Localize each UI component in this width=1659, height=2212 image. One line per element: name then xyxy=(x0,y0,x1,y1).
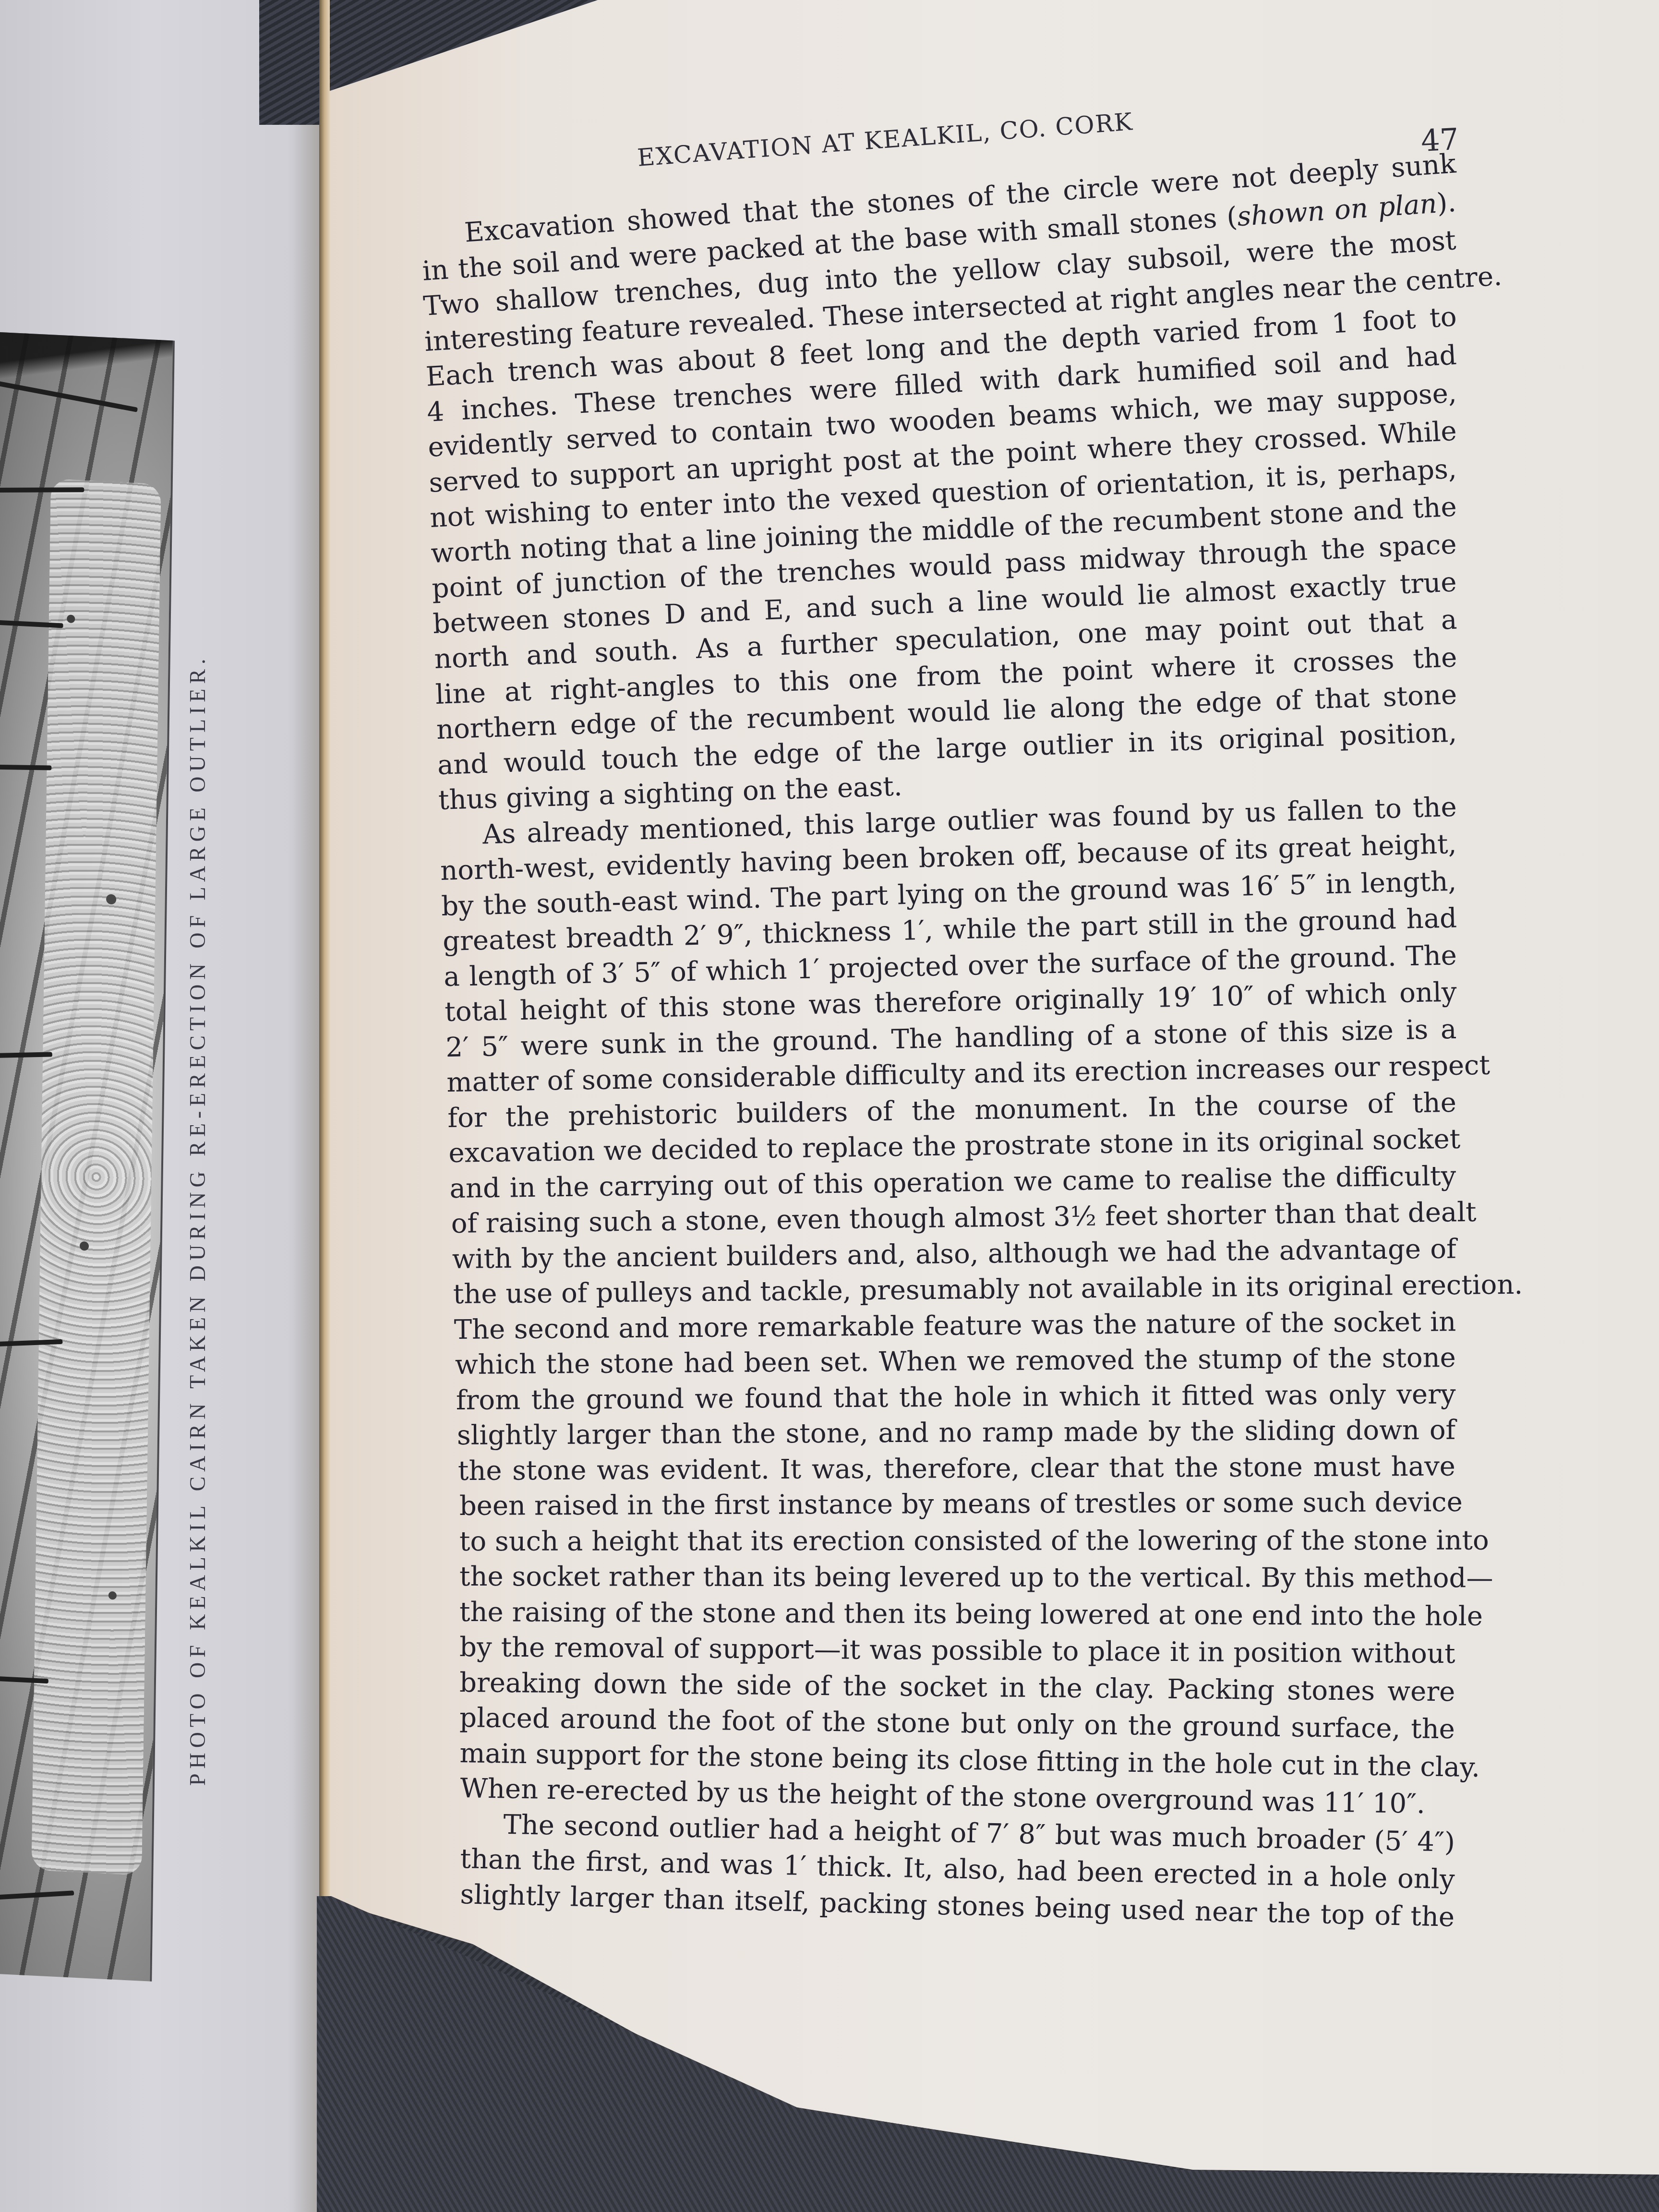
text-line: of raising such a stone, even though alm… xyxy=(451,1199,1456,1238)
text-line: been raised in the first instance by mea… xyxy=(459,1489,1455,1520)
italic-reference: shown on plan xyxy=(1236,188,1438,232)
body-text: Excavation showed that the stones of the… xyxy=(0,0,1659,2212)
text-line: to such a height that its erection consi… xyxy=(459,1527,1455,1555)
text-line: main support for the stone being its clo… xyxy=(459,1740,1455,1781)
text-line: breaking down the side of the socket in … xyxy=(459,1670,1455,1706)
text-line: and in the carrying out of this operatio… xyxy=(450,1163,1456,1202)
text-line: excavation we decided to replace the pro… xyxy=(449,1126,1457,1167)
text-line: from the ground we found that the hole i… xyxy=(456,1381,1456,1414)
text-line: placed around the foot of the stone but … xyxy=(459,1705,1455,1743)
text-line: slightly larger than the stone, and no r… xyxy=(457,1417,1456,1449)
text-line: The second and more remarkable feature w… xyxy=(454,1309,1456,1344)
text-line: the socket rather than its being levered… xyxy=(459,1563,1455,1592)
text-line: with by the ancient builders and, also, … xyxy=(452,1236,1456,1273)
text-line: by the removal of support—it was possibl… xyxy=(459,1634,1455,1668)
text-line: the use of pulleys and tackle, presumabl… xyxy=(453,1272,1456,1308)
text-line: the stone was evident. It was, therefore… xyxy=(458,1453,1455,1484)
text-line: which the stone had been set. When we re… xyxy=(455,1345,1456,1379)
text-line: the raising of the stone and then its be… xyxy=(459,1599,1455,1630)
